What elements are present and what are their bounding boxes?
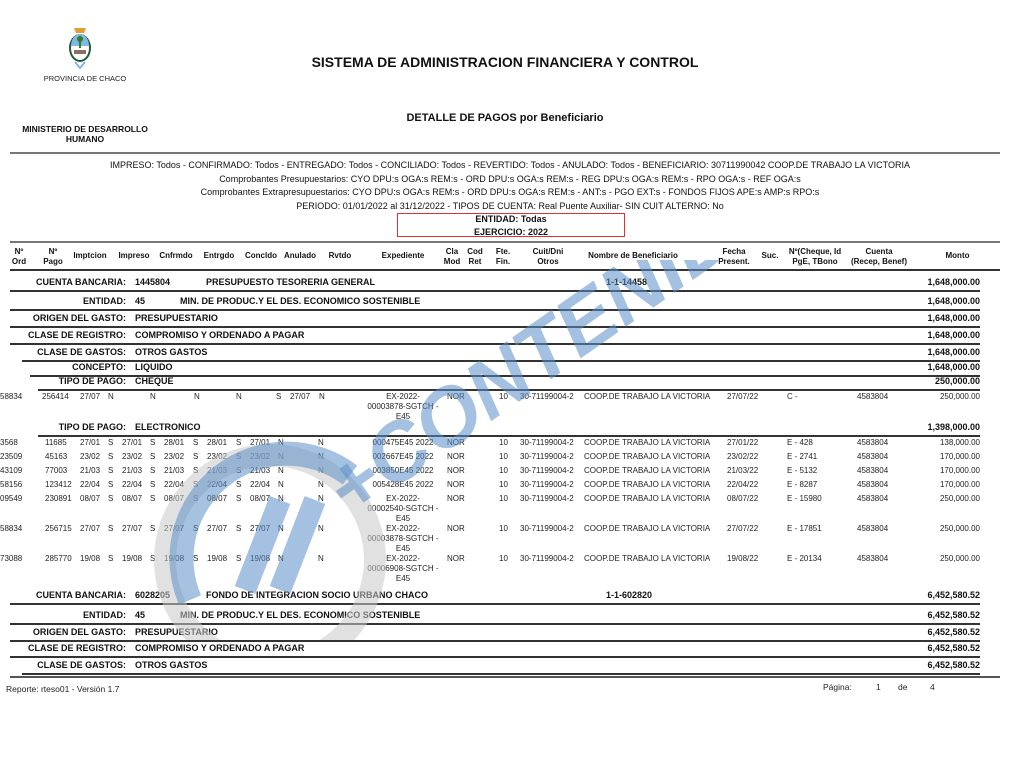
row-cell: 23/02	[250, 452, 270, 461]
row-cell: N	[278, 452, 284, 461]
filter-line-1: IMPRESO: Todos - CONFIRMADO: Todos - ENT…	[40, 159, 980, 173]
row-cell: 77003	[45, 466, 67, 475]
row-cell: E - 5132	[787, 466, 817, 475]
row-cell: S	[236, 452, 241, 461]
row-cell: 19/08	[122, 554, 142, 563]
row-cell: E - 17851	[787, 524, 822, 533]
row-cell: E - 15980	[787, 494, 822, 503]
row-amount: 138,000.00	[940, 438, 980, 447]
row-cell: 4583804	[857, 554, 888, 563]
entidad-2-name: MIN. DE PRODUC.Y EL DES. ECONOMICO SOSTE…	[180, 610, 420, 620]
row-expediente: 000475E45 2022	[363, 438, 443, 448]
row-cell: 27/01	[80, 438, 100, 447]
page-total: 4	[930, 682, 935, 692]
row-cell: 27/01/22	[727, 438, 758, 447]
entidad-1-divider	[10, 309, 980, 311]
row-cell: 11685	[45, 438, 67, 447]
row-cell: N	[278, 554, 284, 563]
tipo-pago-cheque-amount: 250,000.00	[935, 376, 980, 386]
expediente-line: 005428E45 2022	[363, 480, 443, 490]
row-expediente: EX-2022-00006908-SGTCH -E45	[363, 554, 443, 584]
cuenta-bancaria-2-code: 1-1-602820	[606, 590, 652, 600]
row-cell: 30-71199004-2	[520, 452, 574, 461]
column-header-text: Fecha	[712, 247, 756, 257]
row-cell: N	[278, 524, 284, 533]
row-cell: 10	[499, 392, 508, 401]
clase-gastos-2-divider	[22, 673, 980, 675]
row-cell: 23509	[0, 452, 22, 461]
row-cell: N	[278, 494, 284, 503]
row-cell: 10	[499, 554, 508, 563]
row-expediente: 002667E45 2022	[363, 452, 443, 462]
origen-gasto-1-label: ORIGEN DEL GASTO:	[0, 313, 126, 323]
row-cell: E - 20134	[787, 554, 822, 563]
row-cell: N	[318, 452, 324, 461]
row-cell: N	[194, 392, 200, 401]
row-cell: 19/08	[250, 554, 270, 563]
cuenta-bancaria-2-label: CUENTA BANCARIA:	[0, 590, 126, 600]
clase-gastos-1-amount: 1,648,000.00	[927, 347, 980, 357]
cuenta-bancaria-2-value: 6028205	[135, 590, 170, 600]
header-divider	[10, 152, 1000, 154]
row-cell: 30-71199004-2	[520, 392, 574, 401]
origen-gasto-2-value: PRESUPUESTARIO	[135, 627, 218, 637]
row-cell: 43109	[0, 466, 22, 475]
column-header-text: PgE, TBono	[783, 257, 847, 267]
column-header-text: Cuit/Dni	[526, 247, 570, 257]
column-header-impreso: Impreso	[114, 251, 154, 261]
row-cell: 10	[499, 438, 508, 447]
row-cell: S	[150, 494, 155, 503]
row-cell: NOR	[447, 554, 465, 563]
entidad-1-name: MIN. DE PRODUC.Y EL DES. ECONOMICO SOSTE…	[180, 296, 420, 306]
row-amount: 250,000.00	[940, 494, 980, 503]
entidad-1-value: 45	[135, 296, 145, 306]
column-header-text: Mod	[441, 257, 463, 267]
row-cell: S	[236, 480, 241, 489]
row-cell: N	[318, 438, 324, 447]
row-cell: S	[150, 524, 155, 533]
entidad-2-amount: 6,452,580.52	[927, 610, 980, 620]
ministry-line2: HUMANO	[10, 134, 160, 144]
concepto-1-amount: 1,648,000.00	[927, 362, 980, 372]
clase-registro-1-divider	[10, 343, 980, 345]
clase-registro-1-label: CLASE DE REGISTRO:	[0, 330, 126, 340]
row-cell: 285770	[45, 554, 72, 563]
row-cell: E - 2741	[787, 452, 817, 461]
row-expediente: EX-2022-00003878-SGTCH -E45	[363, 392, 443, 422]
expediente-line: 000475E45 2022	[363, 438, 443, 448]
row-cell: 08/07	[207, 494, 227, 503]
column-header-cuit: Cuit/DniOtros	[526, 247, 570, 267]
filter-line-3: Comprobantes Extrapresupuestarios: CYO D…	[40, 186, 980, 200]
row-cell: 19/08	[207, 554, 227, 563]
row-cell: S	[193, 554, 198, 563]
row-cell: 22/04	[164, 480, 184, 489]
expediente-line: 00006908-SGTCH -	[363, 564, 443, 574]
report-version: Reporte: rteso01 - Versión 1.7	[6, 684, 119, 694]
row-cell: 22/04	[250, 480, 270, 489]
row-cell: COOP.DE TRABAJO LA VICTORIA	[584, 554, 710, 563]
row-cell: 28/01	[164, 438, 184, 447]
row-cell: 230891	[45, 494, 72, 503]
row-amount: 170,000.00	[940, 466, 980, 475]
filter-line-4: PERIODO: 01/01/2022 al 31/12/2022 - TIPO…	[40, 200, 980, 214]
row-cell: 27/01	[122, 438, 142, 447]
row-cell: 08/07	[122, 494, 142, 503]
row-cell: S	[108, 524, 113, 533]
ejercicio-filter: EJERCICIO: 2022	[397, 227, 625, 237]
column-header-text: Cla	[441, 247, 463, 257]
clase-registro-1-value: COMPROMISO Y ORDENADO A PAGAR	[135, 330, 304, 340]
row-amount: 250,000.00	[940, 554, 980, 563]
origen-gasto-1-amount: 1,648,000.00	[927, 313, 980, 323]
cuenta-bancaria-1-code: 1-1-14458	[606, 277, 647, 287]
clase-registro-2-amount: 6,452,580.52	[927, 643, 980, 653]
row-cell: 19/08	[164, 554, 184, 563]
clase-gastos-1-label: CLASE DE GASTOS:	[0, 347, 126, 357]
report-system-title: SISTEMA DE ADMINISTRACION FINANCIERA Y C…	[0, 54, 1010, 70]
clase-gastos-2-value: OTROS GASTOS	[135, 660, 207, 670]
column-header-suc: Suc.	[760, 251, 780, 261]
row-cell: 256715	[45, 524, 72, 533]
row-cell: N	[108, 392, 114, 401]
row-cell: 21/03	[250, 466, 270, 475]
entidad-2-label: ENTIDAD:	[0, 610, 126, 620]
column-header-text: Nº	[8, 247, 30, 257]
row-cell: N	[319, 392, 325, 401]
column-header-fecha: FechaPresent.	[712, 247, 756, 267]
row-cell: 4583804	[857, 392, 888, 401]
row-cell: 27/01	[250, 438, 270, 447]
row-cell: 22/04	[80, 480, 100, 489]
row-cell: 30-71199004-2	[520, 554, 574, 563]
filter-line-2: Comprobantes Presupuestarios: CYO DPU:s …	[40, 173, 980, 187]
expediente-line: 003850E45 2022	[363, 466, 443, 476]
tipo-pago-electronico-amount: 1,398,000.00	[927, 422, 980, 432]
row-cell: S	[236, 494, 241, 503]
row-cell: S	[150, 480, 155, 489]
row-cell: NOR	[447, 452, 465, 461]
column-header-text: (Recep, Benef)	[848, 257, 910, 267]
row-cell: N	[150, 392, 156, 401]
column-header-text: Ret	[464, 257, 486, 267]
row-cell: S	[108, 554, 113, 563]
row-cell: N	[318, 480, 324, 489]
row-cell: 08/07	[250, 494, 270, 503]
ministry-line1: MINISTERIO DE DESARROLLO	[10, 124, 160, 134]
column-header-monto: Monto	[930, 251, 985, 261]
row-cell: S	[236, 524, 241, 533]
tipo-pago-electronico-divider	[38, 435, 980, 437]
cuenta-bancaria-1-divider	[10, 290, 980, 292]
row-cell: 21/03	[80, 466, 100, 475]
tipo-pago-cheque-divider	[38, 389, 980, 391]
row-cell: 27/07	[290, 392, 310, 401]
clase-registro-2-label: CLASE DE REGISTRO:	[0, 643, 126, 653]
row-cell: 21/03/22	[727, 466, 758, 475]
row-cell: 4583804	[857, 480, 888, 489]
clase-gastos-2-label: CLASE DE GASTOS:	[0, 660, 126, 670]
row-cell: 19/08	[80, 554, 100, 563]
row-cell: S	[108, 438, 113, 447]
column-header-text: Present.	[712, 257, 756, 267]
clase-registro-2-divider	[10, 656, 980, 658]
expediente-line: E45	[363, 544, 443, 554]
footer-divider	[10, 676, 1000, 678]
report-subtitle: DETALLE DE PAGOS por Beneficiario	[0, 112, 1010, 124]
row-cell: S	[193, 524, 198, 533]
column-header-expediente: Expediente	[373, 251, 433, 261]
entidad-2-value: 45	[135, 610, 145, 620]
clase-registro-1-amount: 1,648,000.00	[927, 330, 980, 340]
column-header-text: Nº	[42, 247, 64, 257]
column-header-text: Ord	[8, 257, 30, 267]
column-header-pago: NºPago	[42, 247, 64, 267]
row-cell: S	[108, 480, 113, 489]
clase-gastos-2-amount: 6,452,580.52	[927, 660, 980, 670]
column-header-text: Pago	[42, 257, 64, 267]
row-cell: S	[108, 466, 113, 475]
row-cell: 21/03	[207, 466, 227, 475]
row-cell: S	[193, 452, 198, 461]
tipo-pago-electronico-label: TIPO DE PAGO:	[0, 422, 126, 432]
row-cell: 10	[499, 524, 508, 533]
row-cell: COOP.DE TRABAJO LA VICTORIA	[584, 494, 710, 503]
row-cell: COOP.DE TRABAJO LA VICTORIA	[584, 480, 710, 489]
row-cell: 58156	[0, 480, 22, 489]
row-cell: C -	[787, 392, 798, 401]
expediente-line: 002667E45 2022	[363, 452, 443, 462]
expediente-line: E45	[363, 574, 443, 584]
row-cell: S	[193, 480, 198, 489]
tipo-pago-cheque-label: TIPO DE PAGO:	[0, 376, 126, 386]
row-cell: 22/04	[207, 480, 227, 489]
expediente-line: EX-2022-	[363, 392, 443, 402]
row-amount: 250,000.00	[940, 524, 980, 533]
row-cell: N	[278, 438, 284, 447]
row-cell: N	[318, 524, 324, 533]
column-header-text: Fte.	[492, 247, 514, 257]
column-header-text: Cod	[464, 247, 486, 257]
row-cell: 27/07	[250, 524, 270, 533]
row-cell: 22/04/22	[727, 480, 758, 489]
row-cell: 4583804	[857, 494, 888, 503]
row-cell: 27/07	[122, 524, 142, 533]
row-cell: 19/08/22	[727, 554, 758, 563]
page-number: 1	[876, 682, 881, 692]
cuenta-bancaria-1-amount: 1,648,000.00	[927, 277, 980, 287]
row-cell: S	[236, 438, 241, 447]
column-header-cheque: Nº(Cheque, IdPgE, TBono	[783, 247, 847, 267]
row-cell: 123412	[45, 480, 72, 489]
ministry-name: MINISTERIO DE DESARROLLO HUMANO	[10, 124, 160, 144]
row-cell: 23/02	[122, 452, 142, 461]
row-cell: 08/07/22	[727, 494, 758, 503]
row-cell: 4583804	[857, 438, 888, 447]
expediente-line: EX-2022-	[363, 494, 443, 504]
entidad-1-amount: 1,648,000.00	[927, 296, 980, 306]
row-cell: 22/04	[122, 480, 142, 489]
column-header-fte: Fte.Fin.	[492, 247, 514, 267]
origen-gasto-1-value: PRESUPUESTARIO	[135, 313, 218, 323]
concepto-1-value: LIQUIDO	[135, 362, 173, 372]
column-header-nombre: Nombre de Beneficiario	[578, 251, 688, 261]
row-cell: N	[236, 392, 242, 401]
column-header-entrgdo: Entrgdo	[199, 251, 239, 261]
entidad-filter: ENTIDAD: Todas	[397, 214, 625, 224]
column-header-text: Nº(Cheque, Id	[783, 247, 847, 257]
row-cell: 23/02	[207, 452, 227, 461]
row-cell: 30-71199004-2	[520, 494, 574, 503]
row-cell: 27/07	[80, 524, 100, 533]
expediente-line: EX-2022-	[363, 554, 443, 564]
row-cell: 10	[499, 480, 508, 489]
row-cell: 21/03	[122, 466, 142, 475]
column-header-ord: NºOrd	[8, 247, 30, 267]
column-header-anulado: Anulado	[280, 251, 320, 261]
page-label: Página:	[823, 682, 852, 692]
row-cell: S	[108, 452, 113, 461]
report-filters: IMPRESO: Todos - CONFIRMADO: Todos - ENT…	[40, 159, 980, 213]
row-cell: S	[150, 554, 155, 563]
tipo-pago-cheque-value: CHEQUE	[135, 376, 174, 386]
expediente-line: E45	[363, 514, 443, 524]
row-cell: 23/02/22	[727, 452, 758, 461]
row-expediente: EX-2022-00002540-SGTCH -E45	[363, 494, 443, 524]
row-cell: 21/03	[164, 466, 184, 475]
row-cell: N	[318, 466, 324, 475]
column-header-cnfrmdo: Cnfrmdo	[156, 251, 196, 261]
column-header-cuenta: Cuenta(Recep, Benef)	[848, 247, 910, 267]
concepto-1-label: CONCEPTO:	[0, 362, 126, 372]
row-cell: 58834	[0, 524, 22, 533]
row-cell: 256414	[42, 392, 69, 401]
tipo-pago-electronico-value: ELECTRONICO	[135, 422, 201, 432]
row-cell: S	[236, 554, 241, 563]
row-cell: 27/07/22	[727, 392, 758, 401]
row-cell: N	[318, 494, 324, 503]
row-cell: 23/02	[164, 452, 184, 461]
watermark-logo-icon: +CONTENIDOS.NET	[150, 260, 850, 640]
cuenta-bancaria-1-value: 1445804	[135, 277, 170, 287]
row-expediente: EX-2022-00003878-SGTCH -E45	[363, 524, 443, 554]
row-cell: 3568	[0, 438, 18, 447]
row-cell: S	[193, 494, 198, 503]
column-header-text: Otros	[526, 257, 570, 267]
origen-gasto-2-label: ORIGEN DEL GASTO:	[0, 627, 126, 637]
column-header-text: Cuenta	[848, 247, 910, 257]
table-top-divider	[10, 241, 1000, 243]
row-cell: S	[276, 392, 281, 401]
entidad-1-label: ENTIDAD:	[0, 296, 126, 306]
expediente-line: 00003878-SGTCH -	[363, 534, 443, 544]
row-cell: S	[108, 494, 113, 503]
row-cell: N	[278, 466, 284, 475]
column-header-concldo: Concldo	[241, 251, 281, 261]
row-cell: NOR	[447, 466, 465, 475]
row-cell: 4583804	[857, 524, 888, 533]
row-cell: S	[150, 452, 155, 461]
row-cell: E - 8287	[787, 480, 817, 489]
page-of: de	[898, 682, 907, 692]
row-cell: COOP.DE TRABAJO LA VICTORIA	[584, 438, 710, 447]
origen-gasto-2-amount: 6,452,580.52	[927, 627, 980, 637]
row-cell: 30-71199004-2	[520, 438, 574, 447]
row-cell: S	[150, 466, 155, 475]
row-cell: 28/01	[207, 438, 227, 447]
cuenta-bancaria-2-divider	[10, 603, 980, 605]
row-cell: N	[278, 480, 284, 489]
row-cell: COOP.DE TRABAJO LA VICTORIA	[584, 452, 710, 461]
row-cell: NOR	[447, 392, 465, 401]
expediente-line: E45	[363, 412, 443, 422]
row-cell: NOR	[447, 524, 465, 533]
row-cell: 4583804	[857, 452, 888, 461]
entidad-2-divider	[10, 623, 980, 625]
row-cell: 45163	[45, 452, 67, 461]
clase-gastos-1-value: OTROS GASTOS	[135, 347, 207, 357]
row-cell: NOR	[447, 480, 465, 489]
row-cell: 58834	[0, 392, 22, 401]
row-cell: 30-71199004-2	[520, 480, 574, 489]
row-cell: 10	[499, 466, 508, 475]
row-cell: 30-71199004-2	[520, 466, 574, 475]
origen-gasto-1-divider	[10, 326, 980, 328]
row-cell: 27/07/22	[727, 524, 758, 533]
row-cell: S	[193, 438, 198, 447]
expediente-line: 00002540-SGTCH -	[363, 504, 443, 514]
column-header-text: Fin.	[492, 257, 514, 267]
clase-registro-2-value: COMPROMISO Y ORDENADO A PAGAR	[135, 643, 304, 653]
column-header-divider	[10, 269, 1000, 271]
column-header-cla: ClaMod	[441, 247, 463, 267]
row-cell: COOP.DE TRABAJO LA VICTORIA	[584, 466, 710, 475]
row-cell: 10	[499, 494, 508, 503]
cuenta-bancaria-1-name: PRESUPUESTO TESORERIA GENERAL	[206, 277, 375, 287]
cuenta-bancaria-2-name: FONDO DE INTEGRACION SOCIO URBANO CHACO	[206, 590, 428, 600]
row-cell: 4583804	[857, 466, 888, 475]
expediente-line: 00003878-SGTCH -	[363, 402, 443, 412]
row-cell: 10	[499, 452, 508, 461]
row-cell: NOR	[447, 494, 465, 503]
expediente-line: EX-2022-	[363, 524, 443, 534]
row-cell: 30-71199004-2	[520, 524, 574, 533]
row-cell: COOP.DE TRABAJO LA VICTORIA	[584, 524, 710, 533]
row-cell: NOR	[447, 438, 465, 447]
row-cell: 23/02	[80, 452, 100, 461]
province-name: PROVINCIA DE CHACO	[30, 74, 140, 83]
row-expediente: 005428E45 2022	[363, 480, 443, 490]
origen-gasto-2-divider	[10, 640, 980, 642]
row-cell: 73088	[0, 554, 22, 563]
column-header-cod: CodRet	[464, 247, 486, 267]
row-cell: S	[236, 466, 241, 475]
column-header-imptcion: Imptcion	[70, 251, 110, 261]
row-expediente: 003850E45 2022	[363, 466, 443, 476]
row-cell: 09549	[0, 494, 22, 503]
row-cell: 27/07	[80, 392, 100, 401]
column-header-rvtdo: Rvtdo	[325, 251, 355, 261]
row-cell: 27/07	[164, 524, 184, 533]
row-cell: S	[150, 438, 155, 447]
row-cell: E - 428	[787, 438, 813, 447]
row-cell: COOP.DE TRABAJO LA VICTORIA	[584, 392, 710, 401]
row-amount: 250,000.00	[940, 392, 980, 401]
cuenta-bancaria-2-amount: 6,452,580.52	[927, 590, 980, 600]
row-cell: 08/07	[80, 494, 100, 503]
row-cell: S	[193, 466, 198, 475]
